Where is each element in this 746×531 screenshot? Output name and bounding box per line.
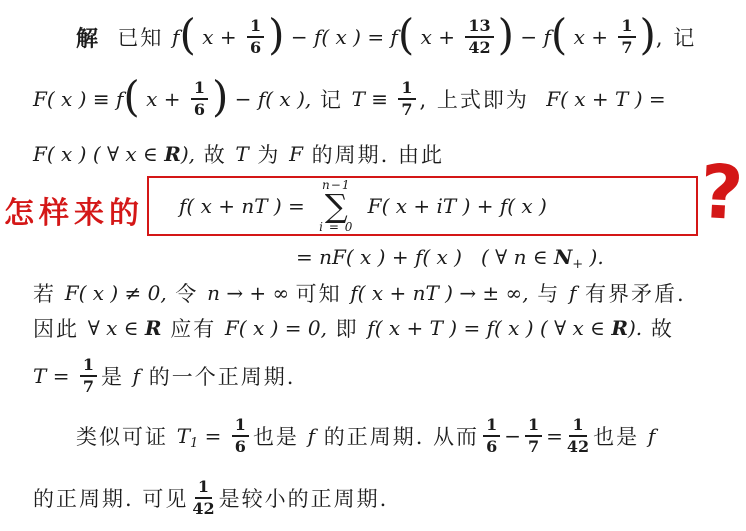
text-line-2: F( x ) ≡ f ( x + 16 ) − f( x ), 记 T ≡ 17…	[33, 68, 666, 130]
fraction-numerator: 1	[232, 416, 249, 436]
cn-text: 与	[529, 278, 569, 308]
cn-text: 也是	[253, 421, 308, 451]
cn-text: 有界矛盾.	[576, 278, 685, 308]
solve-label: 解	[76, 22, 100, 53]
fraction-1-6: 16	[483, 416, 500, 456]
fraction-1-7: 17	[618, 17, 635, 57]
math-text: −	[504, 424, 521, 448]
text-line-9: 类似可证 T 1 = 16 也是 f 的正周期. 从而 16 − 17 = 14…	[76, 406, 655, 466]
fraction-1-42: 142	[567, 416, 589, 456]
fraction-1-7: 17	[80, 356, 97, 396]
scanned-math-solution-page: 解 已知 f ( x + 16 ) − f( x ) = f ( x + 134…	[0, 0, 746, 531]
math-text: − f( x ) = f	[284, 25, 397, 49]
subscript-1: 1	[190, 436, 198, 451]
math-text: f( x + nT ) → ± ∞,	[350, 281, 528, 305]
fraction-denominator: 7	[528, 437, 539, 456]
fraction-denominator: 6	[250, 38, 261, 57]
text-line-7: 因此 ∀ x ∈ R 应有 F( x ) = 0, 即 f( x + T ) =…	[33, 311, 674, 345]
math-text: F( x + T ) =	[546, 87, 665, 111]
cn-text: 应有	[162, 313, 225, 343]
big-paren: )	[268, 14, 284, 56]
cn-text: 类似可证	[76, 421, 177, 451]
fraction-denominator: 42	[468, 38, 490, 57]
cn-text: 为	[249, 139, 289, 169]
math-text: F( x ) ≠ 0,	[65, 281, 167, 305]
math-text: x +	[414, 25, 461, 49]
fraction-numerator: 1	[483, 416, 500, 436]
annotation-label: 怎样来的	[4, 188, 144, 232]
cn-text: 可知	[296, 278, 351, 308]
subscript-plus: +	[572, 257, 583, 272]
fraction-1-6: 16	[232, 416, 249, 456]
math-text: f( x + nT ) =	[179, 194, 311, 218]
math-text: x +	[196, 25, 243, 49]
math-text: ( ∀ n ∈	[462, 245, 554, 269]
fraction-1-42: 142	[192, 478, 214, 518]
math-text: f( x + T ) = f( x ) ( ∀ x ∈	[367, 316, 611, 340]
math-text: f	[648, 424, 655, 448]
fraction-1-7: 17	[525, 416, 542, 456]
fraction-numerator: 1	[80, 356, 97, 376]
question-mark-icon: ?	[698, 155, 745, 231]
math-text: f	[308, 424, 315, 448]
math-text: − f( x ),	[228, 87, 311, 111]
bold-R-symbol: R	[145, 316, 162, 340]
big-paren: (	[123, 76, 139, 118]
text-line-8: T = 17 是 f 的一个正周期.	[33, 348, 295, 404]
fraction-numerator: 1	[569, 416, 586, 436]
math-text: =	[546, 424, 563, 448]
math-text: f	[133, 364, 140, 388]
fraction-1-6: 16	[191, 79, 208, 119]
fraction-numerator: 1	[525, 416, 542, 436]
cn-text: 已知	[100, 22, 172, 52]
cn-text: 的正周期. 可见	[33, 483, 188, 513]
math-text: F( x ) = 0,	[225, 316, 327, 340]
fraction-13-42: 1342	[465, 17, 493, 57]
fraction-numerator: 1	[247, 17, 264, 37]
fraction-denominator: 6	[486, 437, 497, 456]
big-paren: (	[551, 14, 567, 56]
fraction-denominator: 7	[621, 38, 632, 57]
summation-symbol: n−1 ∑ i = 0	[319, 179, 353, 233]
bold-N-symbol: N	[554, 245, 572, 269]
math-text: T =	[33, 364, 76, 388]
sigma-icon: ∑	[325, 191, 348, 221]
cn-text: 记	[311, 84, 351, 114]
cn-text: 是	[101, 361, 133, 391]
cn-text: 的正周期. 从而	[315, 421, 479, 451]
math-text: x +	[140, 87, 187, 111]
highlight-box: f( x + nT ) = n−1 ∑ i = 0 F( x + iT ) + …	[147, 176, 698, 236]
math-text: T	[177, 424, 190, 448]
cn-text: 故	[195, 139, 235, 169]
math-text: f	[172, 25, 179, 49]
fraction-1-7: 17	[398, 79, 415, 119]
big-paren: )	[640, 14, 656, 56]
fraction-denominator: 42	[567, 437, 589, 456]
fraction-numerator: 1	[618, 17, 635, 37]
big-paren: )	[498, 14, 514, 56]
math-text: T ≡	[352, 87, 395, 111]
math-text: x +	[567, 25, 614, 49]
cn-text: 也是	[593, 421, 648, 451]
fraction-denominator: 7	[401, 100, 412, 119]
math-text: ).	[583, 245, 604, 269]
cn-text: , 上式即为	[420, 84, 547, 114]
bold-R-symbol: R	[164, 142, 181, 166]
math-text: ),	[181, 142, 195, 166]
text-line-10: 的正周期. 可见 142 是较小的正周期.	[33, 468, 388, 528]
fraction-denominator: 7	[83, 377, 94, 396]
math-text: F	[289, 142, 303, 166]
cn-text: 若	[33, 278, 65, 308]
math-text: f	[569, 281, 576, 305]
cn-text: 即	[327, 313, 367, 343]
text-line-5: = nF( x ) + f( x ) ( ∀ n ∈ N + ).	[296, 240, 604, 274]
math-text: F( x ) ( ∀ x ∈	[33, 142, 164, 166]
text-line-3: F( x ) ( ∀ x ∈ R ), 故 T 为 F 的周期. 由此	[33, 138, 444, 170]
math-text: − f	[514, 25, 551, 49]
fraction-numerator: 1	[398, 79, 415, 99]
math-text: n → + ∞	[207, 281, 296, 305]
fraction-denominator: 6	[235, 437, 246, 456]
fraction-numerator: 1	[195, 478, 212, 498]
math-text: F( x ) ≡ f	[33, 87, 123, 111]
sum-lower-limit: i = 0	[319, 221, 353, 233]
fraction-denominator: 42	[192, 499, 214, 518]
math-text: T	[235, 142, 248, 166]
cn-text: 故	[642, 313, 674, 343]
big-paren: (	[398, 14, 414, 56]
cn-text: 的一个正周期.	[140, 361, 295, 391]
cn-text: 令	[167, 278, 207, 308]
cn-text: 的周期. 由此	[303, 139, 444, 169]
fraction-numerator: 13	[465, 17, 493, 37]
fraction-numerator: 1	[191, 79, 208, 99]
big-paren: )	[212, 76, 228, 118]
text-line-1: 解 已知 f ( x + 16 ) − f( x ) = f ( x + 134…	[76, 8, 696, 66]
fraction-denominator: 6	[194, 100, 205, 119]
math-text: ).	[628, 316, 642, 340]
big-paren: (	[179, 14, 195, 56]
cn-text: 是较小的正周期.	[219, 483, 389, 513]
fraction-1-6: 16	[247, 17, 264, 57]
math-text: F( x + iT ) + f( x )	[361, 194, 547, 218]
math-text: = nF( x ) + f( x )	[296, 245, 462, 269]
math-text: ∀ x ∈	[88, 316, 145, 340]
cn-text: , 记	[656, 22, 696, 52]
bold-R-symbol: R	[611, 316, 628, 340]
cn-text: 因此	[33, 313, 88, 343]
math-text: =	[198, 424, 227, 448]
text-line-6: 若 F( x ) ≠ 0, 令 n → + ∞ 可知 f( x + nT ) →…	[33, 277, 686, 309]
